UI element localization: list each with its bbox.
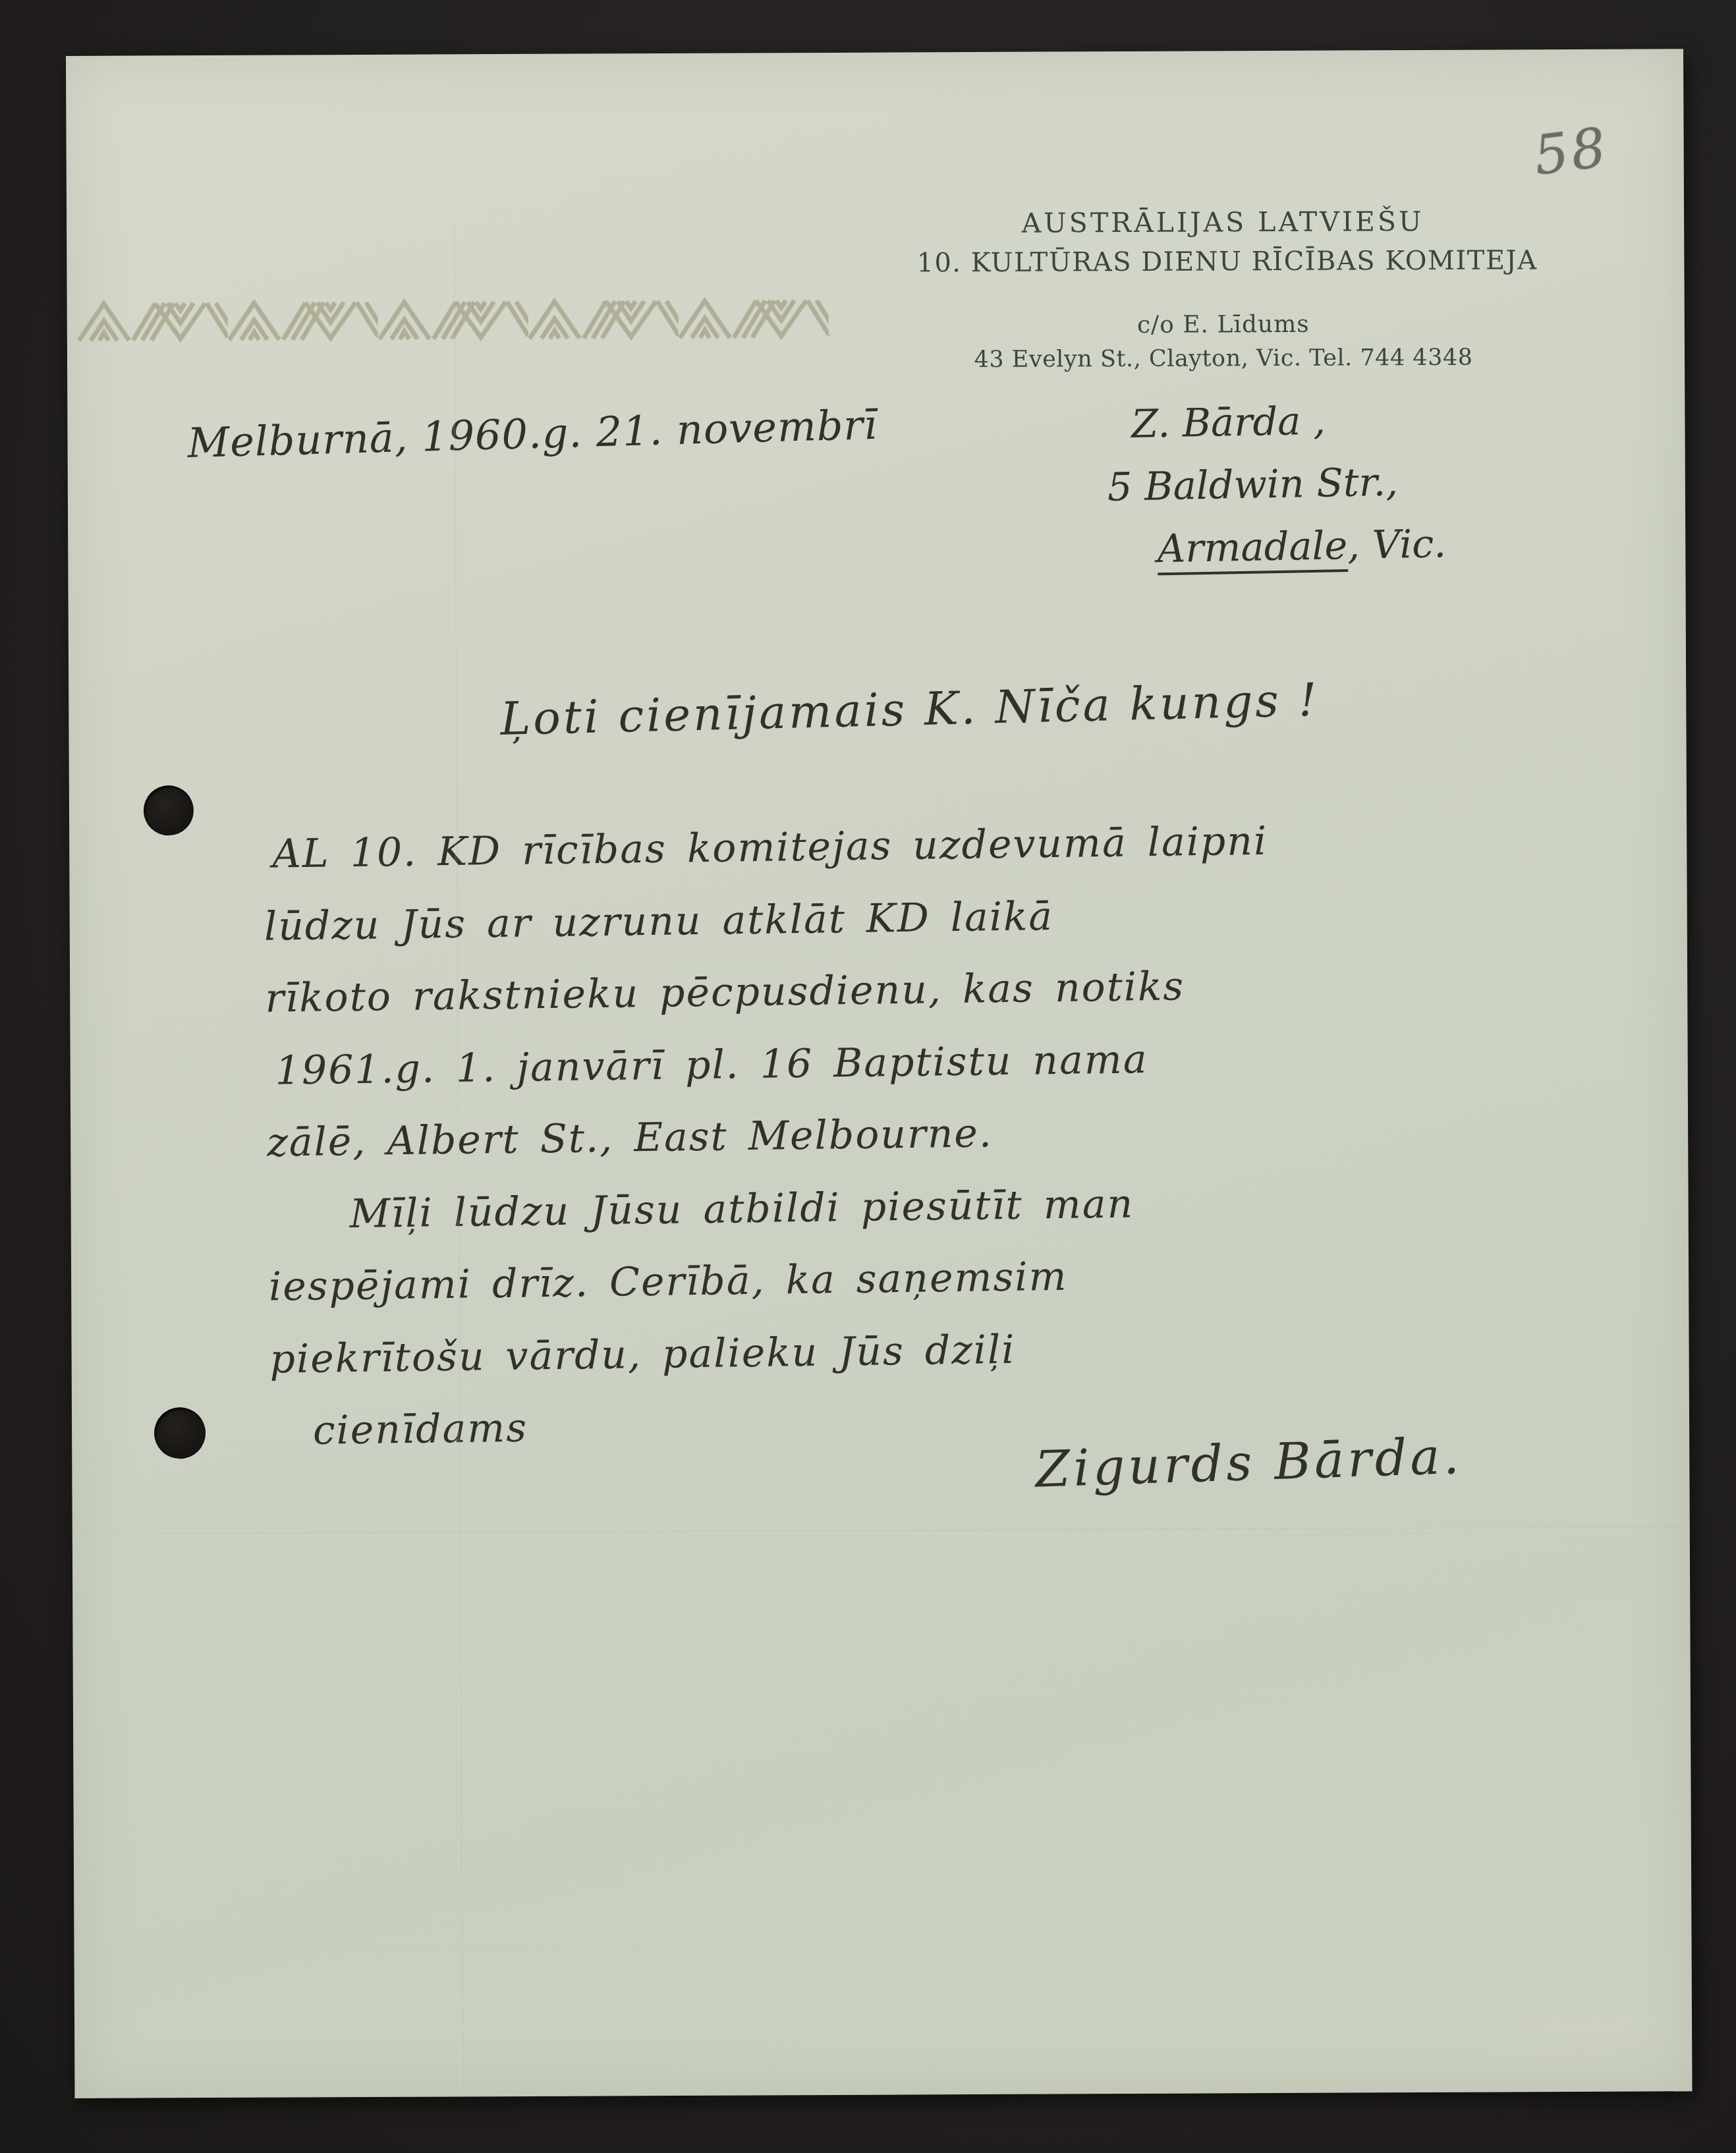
letterhead-org-line1: AUSTRĀLIJAS LATVIEŠU <box>916 205 1529 239</box>
horizontal-fold-crease <box>72 1526 1690 1536</box>
letterhead: AUSTRĀLIJAS LATVIEŠU 10. KULTŪRAS DIENU … <box>916 205 1530 373</box>
recipient-name: Z. Bārda , <box>1131 387 1444 455</box>
recipient-state: , Vic. <box>1347 520 1447 568</box>
recipient-street: 5 Baldwin Str., <box>1107 449 1445 518</box>
letter-page: 58 AUSTRĀLIJAS LATVIEŠU 10. KULTŪRAS DIE… <box>66 49 1693 2098</box>
punch-hole-top <box>144 785 194 835</box>
folk-pattern-band <box>78 296 830 343</box>
salutation: Ļoti cienījamais K. Nīča kungs ! <box>500 674 1320 746</box>
archive-page-number: 58 <box>1530 116 1611 187</box>
photo-mat-background: 58 AUSTRĀLIJAS LATVIEŠU 10. KULTŪRAS DIE… <box>0 0 1736 2153</box>
recipient-city-line: Armadale, Vic. <box>1157 512 1447 580</box>
recipient-address: Z. Bārda , 5 Baldwin Str., Armadale, Vic… <box>1106 387 1447 580</box>
letter-body: AL 10. KD rīcības komitejas uzdevumā lai… <box>263 801 1622 1468</box>
letterhead-address: 43 Evelyn St., Clayton, Vic. Tel. 744 43… <box>917 344 1530 373</box>
dateline: Melburnā, 1960.g. 21. novembrī <box>187 401 878 467</box>
horizontal-fold-crease-lower <box>74 1941 1692 1950</box>
recipient-city-underlined: Armadale <box>1157 522 1348 575</box>
letterhead-org-line2: 10. KULTŪRAS DIENU RĪCĪBAS KOMITEJA <box>916 245 1529 278</box>
punch-hole-bottom <box>154 1407 206 1459</box>
letterhead-care-of: c/o E. Līdums <box>917 310 1530 339</box>
